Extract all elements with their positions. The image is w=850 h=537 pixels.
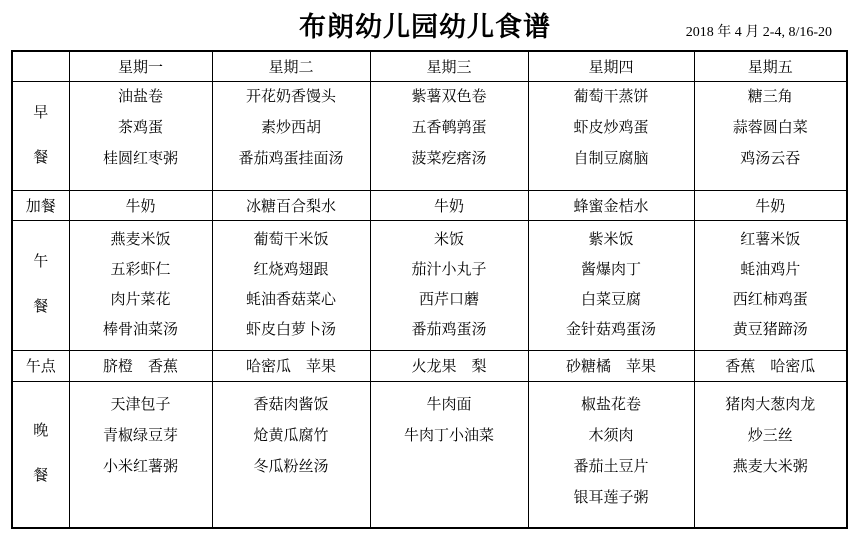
menu-cell: 猪肉大葱肉龙炒三丝燕麦大米粥 (694, 381, 847, 528)
menu-cell: 天津包子青椒绿豆芽小米红薯粥 (69, 381, 212, 528)
dish-item: 桂圆红枣粥 (70, 144, 212, 175)
dish-item: 牛奶 (70, 195, 212, 216)
dish-item: 虾皮白萝卜汤 (213, 315, 370, 345)
dish-item: 米饭 (371, 225, 528, 255)
dish-item: 蚝油香菇菜心 (213, 285, 370, 315)
dish-item: 番茄鸡蛋挂面汤 (213, 144, 370, 175)
dish-item: 炝黄瓜腐竹 (213, 421, 370, 452)
day-header-thursday: 星期四 (528, 51, 694, 81)
dish-item: 茶鸡蛋 (70, 113, 212, 144)
dish-item: 燕麦米饭 (70, 225, 212, 255)
dish-item: 燕麦大米粥 (695, 452, 847, 483)
menu-body: 早餐油盐卷茶鸡蛋桂圆红枣粥开花奶香馒头素炒西胡番茄鸡蛋挂面汤紫薯双色卷五香鹌鹑蛋… (12, 81, 847, 528)
menu-cell: 油盐卷茶鸡蛋桂圆红枣粥 (69, 81, 212, 190)
menu-cell: 牛奶 (370, 190, 528, 220)
dish-item: 牛奶 (695, 195, 847, 216)
menu-table: 星期一 星期二 星期三 星期四 星期五 早餐油盐卷茶鸡蛋桂圆红枣粥开花奶香馒头素… (11, 50, 848, 529)
day-header-monday: 星期一 (69, 51, 212, 81)
dish-item: 黄豆猪蹄汤 (695, 315, 847, 345)
dish-item: 哈密瓜 苹果 (213, 355, 370, 376)
meal-label: 早餐 (12, 81, 69, 190)
menu-cell: 椒盐花卷木须肉番茄土豆片银耳莲子粥 (528, 381, 694, 528)
dish-item: 脐橙 香蕉 (70, 355, 212, 376)
date-note: 2018 年 4 月 2-4, 8/16-20 (686, 24, 832, 42)
dish-item: 红烧鸡翅跟 (213, 255, 370, 285)
meal-row: 午餐燕麦米饭五彩虾仁肉片菜花棒骨油菜汤葡萄干米饭红烧鸡翅跟蚝油香菇菜心虾皮白萝卜… (12, 220, 847, 350)
dish-item: 西红柿鸡蛋 (695, 285, 847, 315)
menu-cell: 冰糖百合梨水 (212, 190, 370, 220)
day-header-wednesday: 星期三 (370, 51, 528, 81)
menu-cell: 红薯米饭蚝油鸡片西红柿鸡蛋黄豆猪蹄汤 (694, 220, 847, 350)
dish-item: 木须肉 (529, 421, 694, 452)
dish-item: 葡萄干蒸饼 (529, 82, 694, 113)
dish-item: 肉片菜花 (70, 285, 212, 315)
dish-item: 椒盐花卷 (529, 390, 694, 421)
menu-page: 布朗幼儿园幼儿食谱 2018 年 4 月 2-4, 8/16-20 星期一 星期… (0, 0, 850, 537)
menu-cell: 紫米饭酱爆肉丁白菜豆腐金针菇鸡蛋汤 (528, 220, 694, 350)
menu-cell: 哈密瓜 苹果 (212, 350, 370, 381)
dish-item: 猪肉大葱肉龙 (695, 390, 847, 421)
dish-item: 五彩虾仁 (70, 255, 212, 285)
menu-cell: 蜂蜜金桔水 (528, 190, 694, 220)
dish-item: 菠菜疙瘩汤 (371, 144, 528, 175)
table-header-row: 星期一 星期二 星期三 星期四 星期五 (12, 51, 847, 81)
dish-item: 蒜蓉圆白菜 (695, 113, 847, 144)
dish-item: 酱爆肉丁 (529, 255, 694, 285)
menu-cell: 香蕉 哈密瓜 (694, 350, 847, 381)
meal-label: 午餐 (12, 220, 69, 350)
dish-item: 糖三角 (695, 82, 847, 113)
dish-item: 番茄土豆片 (529, 452, 694, 483)
dish-item: 冬瓜粉丝汤 (213, 452, 370, 483)
dish-item: 冰糖百合梨水 (213, 195, 370, 216)
meal-label-text: 午点 (26, 359, 56, 375)
dish-item: 素炒西胡 (213, 113, 370, 144)
dish-item: 虾皮炒鸡蛋 (529, 113, 694, 144)
meal-label-text: 晚餐 (32, 409, 49, 499)
meal-label-text: 早餐 (32, 91, 49, 181)
menu-cell: 砂糖橘 苹果 (528, 350, 694, 381)
dish-item: 西芹口蘑 (371, 285, 528, 315)
dish-item: 鸡汤云吞 (695, 144, 847, 175)
menu-cell: 牛奶 (69, 190, 212, 220)
dish-item: 紫薯双色卷 (371, 82, 528, 113)
dish-item: 小米红薯粥 (70, 452, 212, 483)
dish-item: 蜂蜜金桔水 (529, 195, 694, 216)
dish-item: 天津包子 (70, 390, 212, 421)
dish-item: 香蕉 哈密瓜 (695, 355, 847, 376)
meal-row: 加餐牛奶冰糖百合梨水牛奶蜂蜜金桔水牛奶 (12, 190, 847, 220)
dish-item: 牛肉面 (371, 390, 528, 421)
meal-row: 晚餐天津包子青椒绿豆芽小米红薯粥香菇肉酱饭炝黄瓜腐竹冬瓜粉丝汤牛肉面牛肉丁小油菜… (12, 381, 847, 528)
dish-item: 金针菇鸡蛋汤 (529, 315, 694, 345)
dish-item: 紫米饭 (529, 225, 694, 255)
menu-cell: 牛奶 (694, 190, 847, 220)
dish-item: 火龙果 梨 (371, 355, 528, 376)
menu-cell: 开花奶香馒头素炒西胡番茄鸡蛋挂面汤 (212, 81, 370, 190)
day-header-tuesday: 星期二 (212, 51, 370, 81)
menu-cell: 燕麦米饭五彩虾仁肉片菜花棒骨油菜汤 (69, 220, 212, 350)
menu-cell: 火龙果 梨 (370, 350, 528, 381)
dish-item: 炒三丝 (695, 421, 847, 452)
dish-item: 砂糖橘 苹果 (529, 355, 694, 376)
menu-cell: 牛肉面牛肉丁小油菜 (370, 381, 528, 528)
dish-item: 红薯米饭 (695, 225, 847, 255)
dish-item: 自制豆腐脑 (529, 144, 694, 175)
dish-item: 棒骨油菜汤 (70, 315, 212, 345)
dish-item: 茄汁小丸子 (371, 255, 528, 285)
dish-item: 蚝油鸡片 (695, 255, 847, 285)
meal-row: 早餐油盐卷茶鸡蛋桂圆红枣粥开花奶香馒头素炒西胡番茄鸡蛋挂面汤紫薯双色卷五香鹌鹑蛋… (12, 81, 847, 190)
meal-label: 加餐 (12, 190, 69, 220)
meal-label-text: 加餐 (26, 199, 56, 215)
day-header-friday: 星期五 (694, 51, 847, 81)
menu-cell: 脐橙 香蕉 (69, 350, 212, 381)
menu-cell: 葡萄干蒸饼虾皮炒鸡蛋自制豆腐脑 (528, 81, 694, 190)
meal-row: 午点脐橙 香蕉哈密瓜 苹果火龙果 梨砂糖橘 苹果香蕉 哈密瓜 (12, 350, 847, 381)
menu-cell: 紫薯双色卷五香鹌鹑蛋菠菜疙瘩汤 (370, 81, 528, 190)
meal-label-text: 午餐 (32, 240, 49, 330)
dish-item: 油盐卷 (70, 82, 212, 113)
dish-item: 番茄鸡蛋汤 (371, 315, 528, 345)
dish-item: 青椒绿豆芽 (70, 421, 212, 452)
dish-item: 葡萄干米饭 (213, 225, 370, 255)
corner-cell (12, 51, 69, 81)
menu-cell: 米饭茄汁小丸子西芹口蘑番茄鸡蛋汤 (370, 220, 528, 350)
dish-item: 牛肉丁小油菜 (371, 421, 528, 452)
meal-label: 午点 (12, 350, 69, 381)
dish-item: 白菜豆腐 (529, 285, 694, 315)
dish-item: 牛奶 (371, 195, 528, 216)
dish-item: 五香鹌鹑蛋 (371, 113, 528, 144)
dish-item: 香菇肉酱饭 (213, 390, 370, 421)
meal-label: 晚餐 (12, 381, 69, 528)
menu-cell: 葡萄干米饭红烧鸡翅跟蚝油香菇菜心虾皮白萝卜汤 (212, 220, 370, 350)
dish-item: 开花奶香馒头 (213, 82, 370, 113)
dish-item: 银耳莲子粥 (529, 483, 694, 514)
menu-cell: 香菇肉酱饭炝黄瓜腐竹冬瓜粉丝汤 (212, 381, 370, 528)
menu-cell: 糖三角蒜蓉圆白菜鸡汤云吞 (694, 81, 847, 190)
